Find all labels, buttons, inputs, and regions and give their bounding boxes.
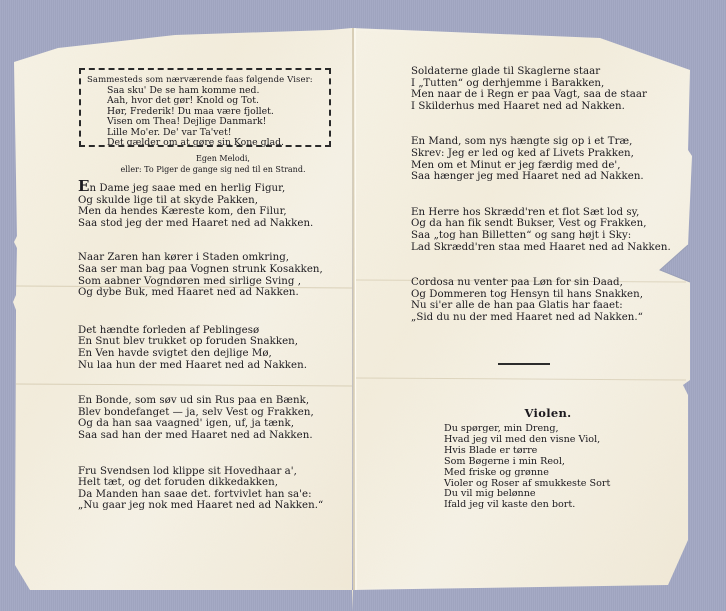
- verse-line: Men om et Minut er jeg færdig med de',: [411, 160, 681, 172]
- verse-line: En Dame jeg saae med en herlig Figur,: [78, 181, 348, 195]
- stanza: Det hændte forleden af Peblingesø En Snu…: [78, 325, 348, 371]
- notice-heading: Sammesteds som nærværende faas følgende …: [87, 75, 325, 85]
- verse-line: Nu laa hun der med Haaret ned ad Nakken.: [78, 360, 348, 372]
- verse-line: Fru Svendsen lod klippe sit Hovedhaar a'…: [78, 466, 348, 478]
- verse-line: Og dybe Buk, med Haaret ned ad Nakken.: [78, 287, 348, 299]
- stanza: Cordosa nu venter paa Løn for sin Daad, …: [411, 277, 681, 323]
- verse-line: En Bonde, som søv ud sin Rus paa en Bænk…: [78, 395, 348, 407]
- verse-line: Lad Skrædd'ren staa med Haaret ned ad Na…: [411, 242, 681, 254]
- verse-line: Saa sad han der med Haaret ned ad Nakken…: [78, 430, 348, 442]
- poem-line: Som Bøgerne i min Reol,: [444, 457, 664, 468]
- verse-line: Og skulde lige til at skyde Pakken,: [78, 195, 348, 207]
- left-page: Sammesteds som nærværende faas følgende …: [78, 68, 348, 512]
- poem-title: Violen.: [432, 406, 664, 420]
- verse-line: Saa stod jeg der med Haaret ned ad Nakke…: [78, 218, 348, 230]
- stanza: Soldaterne glade til Skaglerne staar I „…: [411, 66, 681, 112]
- verse-line: Helt tæt, og det foruden dikkedakken,: [78, 477, 348, 489]
- verse-line: Og da han saa vaagned' igen, uf, ja tænk…: [78, 418, 348, 430]
- verse-line: En Ven havde svigtet den dejlige Mø,: [78, 348, 348, 360]
- verse-line: Saa ser man bag paa Vognen strunk Kosakk…: [78, 264, 348, 276]
- verse-line: Nu si'er alle de han paa Glatis har faae…: [411, 300, 681, 312]
- melody-note: Egen Melodi, eller: To Piger de gange si…: [78, 153, 348, 175]
- verse-line: Og da han fik sendt Bukser, Vest og Frak…: [411, 218, 681, 230]
- verse-line: Naar Zaren han kører i Staden omkring,: [78, 252, 348, 264]
- poem-violen: Violen. Du spørger, min Dreng, Hvad jeg …: [444, 406, 664, 511]
- stanza: En Dame jeg saae med en herlig Figur, Og…: [78, 181, 348, 229]
- melody-line: Egen Melodi,: [98, 153, 348, 164]
- verse-line: En Snut blev trukket op foruden Snakken,: [78, 336, 348, 348]
- verse-line: Soldaterne glade til Skaglerne staar: [411, 66, 681, 78]
- melody-line: eller: To Piger de gange sig ned til en …: [120, 165, 305, 174]
- verse-line: I Skilderhus med Haaret ned ad Nakken.: [411, 101, 681, 113]
- verse-line: Det hændte forleden af Peblingesø: [78, 325, 348, 337]
- verse-line: En Herre hos Skrædd'ren et flot Sæt lod …: [411, 207, 681, 219]
- verse-line: Skrev: Jeg er led og ked af Livets Prakk…: [411, 148, 681, 160]
- song-list-notice-box: Sammesteds som nærværende faas følgende …: [79, 68, 331, 147]
- stanza: Fru Svendsen lod klippe sit Hovedhaar a'…: [78, 466, 348, 512]
- verse-line: Som aabner Vogndøren med sirlige Sving ,: [78, 276, 348, 288]
- song-title-list: Saa sku' De se ham komme ned. Aah, hvor …: [107, 86, 325, 148]
- verse-line: En Mand, som nys hængte sig op i et Træ,: [411, 136, 681, 148]
- verse-line: Da Manden han saae det. fortvivlet han s…: [78, 489, 348, 501]
- poem-line: Med friske og grønne: [444, 468, 664, 479]
- verse-line: „Sid du nu der med Haaret ned ad Nakken.…: [411, 312, 681, 324]
- verse-line: „Nu gaar jeg nok med Haaret ned ad Nakke…: [78, 500, 348, 512]
- section-divider: [498, 363, 550, 365]
- stanza: Naar Zaren han kører i Staden omkring, S…: [78, 252, 348, 298]
- verse-line: Saa „tog han Billetten“ og sang højt i S…: [411, 230, 681, 242]
- verse-line: Blev bondefanget — ja, selv Vest og Frak…: [78, 407, 348, 419]
- right-page: Soldaterne glade til Skaglerne staar I „…: [411, 66, 681, 324]
- verse-line: Men naar de i Regn er paa Vagt, saa de s…: [411, 89, 681, 101]
- verse-line: I „Tutten“ og derhjemme i Barakken,: [411, 78, 681, 90]
- stanza: En Mand, som nys hængte sig op i et Træ,…: [411, 136, 681, 182]
- stanza: En Herre hos Skrædd'ren et flot Sæt lod …: [411, 207, 681, 253]
- stanza: En Bonde, som søv ud sin Rus paa en Bænk…: [78, 395, 348, 441]
- verse-line: Men da hendes Kæreste kom, den Filur,: [78, 206, 348, 218]
- verse-line: Cordosa nu venter paa Løn for sin Daad,: [411, 277, 681, 289]
- verse-line: Og Dommeren tog Hensyn til hans Snakken,: [411, 289, 681, 301]
- song-title: Det gælder om at gøre sin Kone glad.: [107, 138, 325, 148]
- poem-line: Ifald jeg vil kaste den bort.: [444, 500, 664, 511]
- drop-cap: E: [78, 177, 89, 195]
- verse-line: Saa hænger jeg med Haaret ned ad Nakken.: [411, 171, 681, 183]
